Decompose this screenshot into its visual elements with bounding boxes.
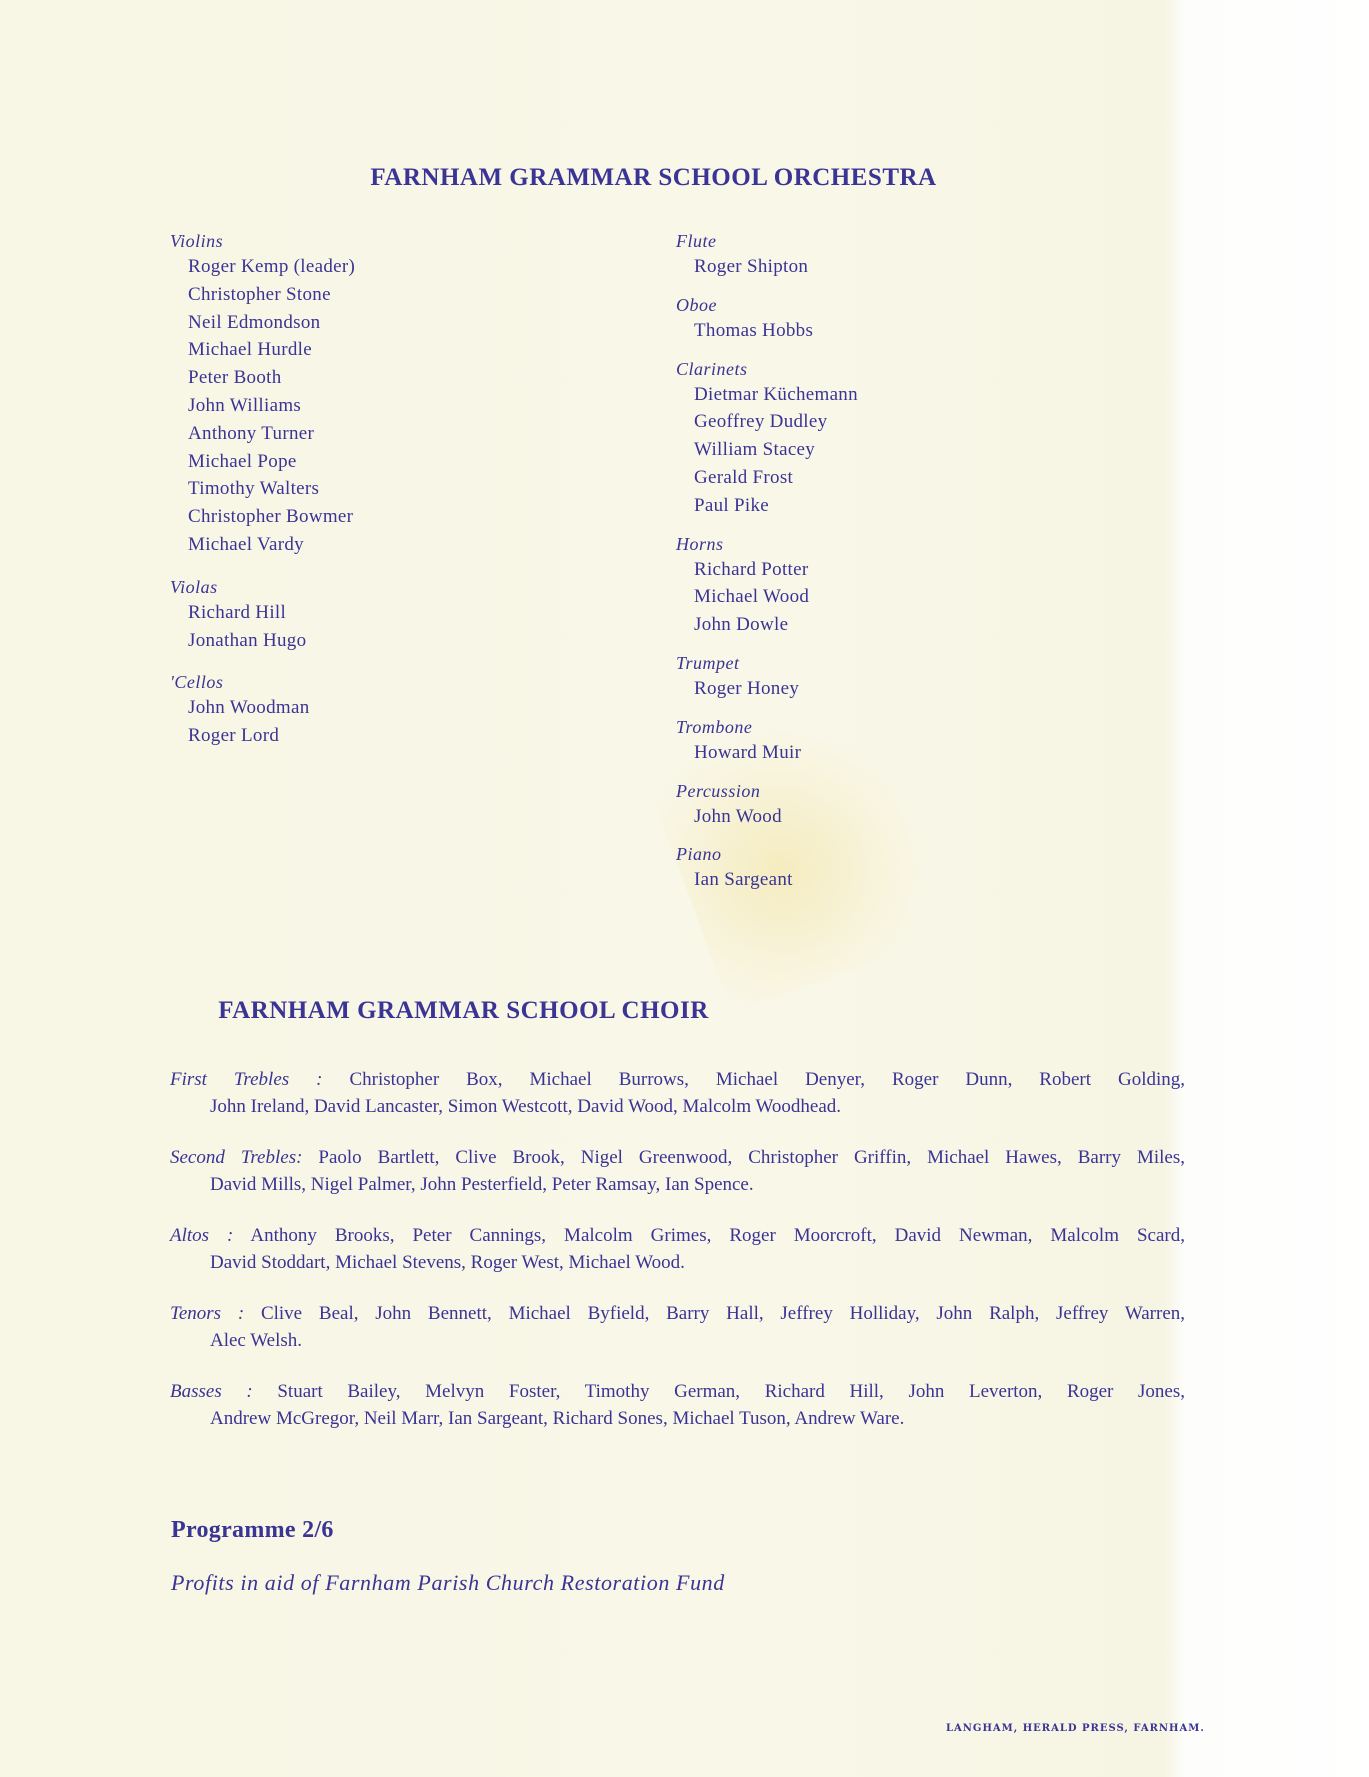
member-name: Neil Edmondson (170, 309, 355, 337)
section-title: Piano (676, 842, 858, 866)
voice-part-members-continued: David Mills, Nigel Palmer, John Pesterfi… (170, 1171, 1185, 1198)
choir-part-line: Altos : Anthony Brooks, Peter Cannings, … (170, 1222, 1185, 1249)
member-name: William Stacey (676, 436, 858, 464)
instrument-section: OboeThomas Hobbs (676, 293, 858, 345)
printer-imprint: LANGHAM, HERALD PRESS, FARNHAM. (946, 1723, 1205, 1734)
choir-part-line: Basses : Stuart Bailey, Melvyn Foster, T… (170, 1378, 1185, 1405)
choir-part: Tenors : Clive Beal, John Bennett, Micha… (170, 1300, 1185, 1354)
orchestra-title: FARNHAM GRAMMAR SCHOOL ORCHESTRA (0, 164, 1338, 192)
member-name: Dietmar Küchemann (676, 381, 858, 409)
voice-part-members: Anthony Brooks, Peter Cannings, Malcolm … (250, 1225, 1185, 1246)
programme-price: Programme 2/6 (171, 1517, 334, 1544)
voice-part-label: Basses : (170, 1381, 253, 1402)
member-name: Geoffrey Dudley (676, 408, 858, 436)
member-name: Gerald Frost (676, 464, 858, 492)
member-name: Peter Booth (170, 364, 355, 392)
member-name: Timothy Walters (170, 475, 355, 503)
instrument-section: ViolinsRoger Kemp (leader)Christopher St… (170, 229, 355, 559)
voice-part-members: Paolo Bartlett, Clive Brook, Nigel Green… (318, 1147, 1185, 1168)
section-title: Flute (676, 229, 858, 253)
profits-note: Profits in aid of Farnham Parish Church … (171, 1570, 725, 1596)
voice-part-members-continued: John Ireland, David Lancaster, Simon Wes… (170, 1093, 1185, 1120)
member-name: Anthony Turner (170, 420, 355, 448)
instrument-section: PercussionJohn Wood (676, 779, 858, 831)
voice-part-label: First Trebles : (170, 1069, 322, 1090)
choir-title: FARNHAM GRAMMAR SCHOOL CHOIR (0, 997, 971, 1025)
member-name: Jonathan Hugo (170, 627, 355, 655)
member-name: Thomas Hobbs (676, 317, 858, 345)
section-title: Horns (676, 532, 858, 556)
member-name: Christopher Bowmer (170, 503, 355, 531)
choir-part: Second Trebles: Paolo Bartlett, Clive Br… (170, 1144, 1185, 1198)
member-name: Michael Vardy (170, 531, 355, 559)
instrument-section: TromboneHoward Muir (676, 715, 858, 767)
instrument-section: TrumpetRoger Honey (676, 651, 858, 703)
voice-part-members-continued: David Stoddart, Michael Stevens, Roger W… (170, 1249, 1185, 1276)
voice-part-label: Second Trebles: (170, 1147, 302, 1168)
instrument-section: FluteRoger Shipton (676, 229, 858, 281)
voice-part-label: Tenors : (170, 1303, 244, 1324)
member-name: Roger Kemp (leader) (170, 253, 355, 281)
section-title: Trombone (676, 715, 858, 739)
choir-part-line: Second Trebles: Paolo Bartlett, Clive Br… (170, 1144, 1185, 1171)
instrument-section: HornsRichard PotterMichael WoodJohn Dowl… (676, 532, 858, 639)
section-title: Oboe (676, 293, 858, 317)
voice-part-members: Stuart Bailey, Melvyn Foster, Timothy Ge… (277, 1381, 1185, 1402)
programme-page: FARNHAM GRAMMAR SCHOOL ORCHESTRA Violins… (0, 0, 1369, 1777)
member-name: Paul Pike (676, 492, 858, 520)
section-title: Violas (170, 575, 355, 599)
section-title: Percussion (676, 779, 858, 803)
section-title: Clarinets (676, 357, 858, 381)
instrument-section: 'CellosJohn WoodmanRoger Lord (170, 670, 355, 750)
member-name: Roger Shipton (676, 253, 858, 281)
voice-part-members-continued: Andrew McGregor, Neil Marr, Ian Sargeant… (170, 1405, 1185, 1432)
instrument-section: PianoIan Sargeant (676, 842, 858, 894)
member-name: Richard Potter (676, 556, 858, 584)
instrument-section: ClarinetsDietmar KüchemannGeoffrey Dudle… (676, 357, 858, 520)
section-title: Trumpet (676, 651, 858, 675)
choir-part: Basses : Stuart Bailey, Melvyn Foster, T… (170, 1378, 1185, 1432)
member-name: Christopher Stone (170, 281, 355, 309)
instrument-section: ViolasRichard HillJonathan Hugo (170, 575, 355, 655)
member-name: Michael Pope (170, 448, 355, 476)
member-name: Howard Muir (676, 739, 858, 767)
voice-part-members: Christopher Box, Michael Burrows, Michae… (349, 1069, 1185, 1090)
voice-part-label: Altos : (170, 1225, 233, 1246)
orchestra-left-column: ViolinsRoger Kemp (leader)Christopher St… (170, 229, 355, 766)
orchestra-right-column: FluteRoger ShiptonOboeThomas HobbsClarin… (676, 229, 858, 906)
choir-part-line: First Trebles : Christopher Box, Michael… (170, 1066, 1185, 1093)
choir-part: First Trebles : Christopher Box, Michael… (170, 1066, 1185, 1120)
section-title: 'Cellos (170, 670, 355, 694)
voice-part-members: Clive Beal, John Bennett, Michael Byfiel… (261, 1303, 1185, 1324)
member-name: Roger Honey (676, 675, 858, 703)
voice-part-members-continued: Alec Welsh. (170, 1327, 1185, 1354)
member-name: Richard Hill (170, 599, 355, 627)
member-name: John Williams (170, 392, 355, 420)
choir-part: Altos : Anthony Brooks, Peter Cannings, … (170, 1222, 1185, 1276)
choir-part-line: Tenors : Clive Beal, John Bennett, Micha… (170, 1300, 1185, 1327)
section-title: Violins (170, 229, 355, 253)
member-name: Michael Wood (676, 583, 858, 611)
member-name: Michael Hurdle (170, 336, 355, 364)
member-name: John Dowle (676, 611, 858, 639)
member-name: John Woodman (170, 694, 355, 722)
member-name: John Wood (676, 803, 858, 831)
member-name: Roger Lord (170, 722, 355, 750)
choir-list: First Trebles : Christopher Box, Michael… (170, 1066, 1185, 1456)
member-name: Ian Sargeant (676, 866, 858, 894)
